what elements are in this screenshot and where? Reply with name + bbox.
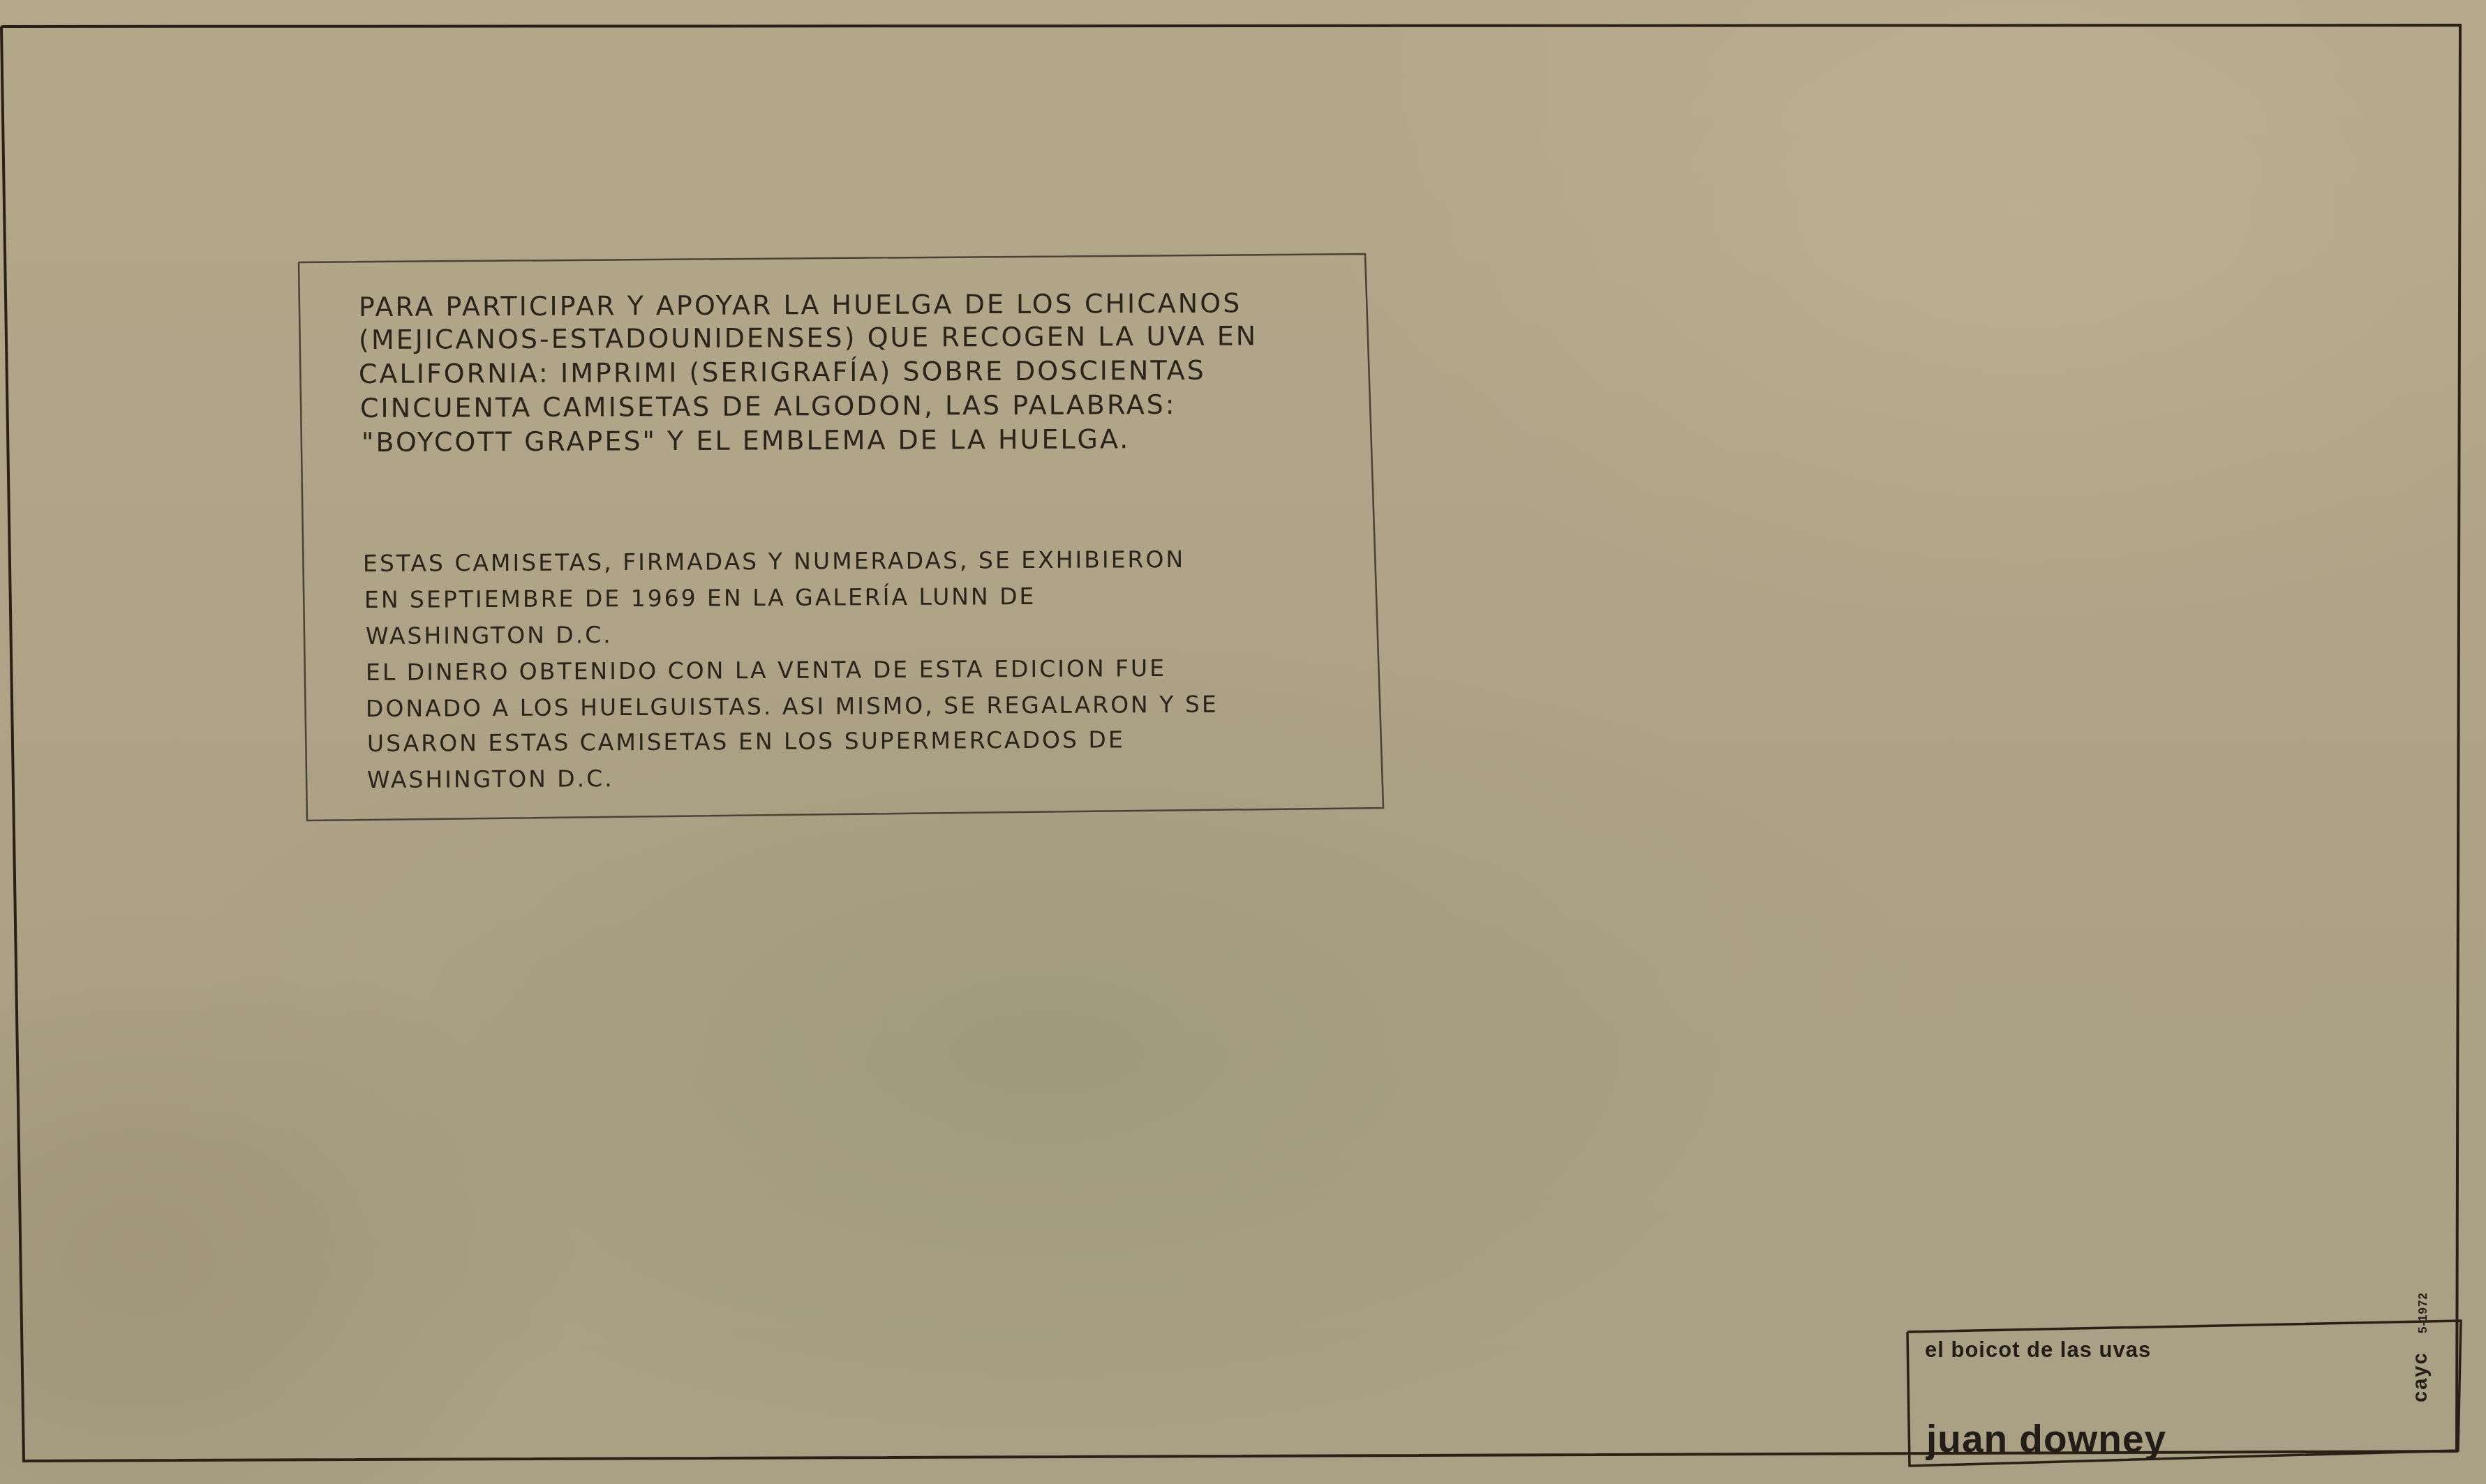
statement-line: Estas camisetas, firmadas y numeradas, s… xyxy=(363,546,1185,577)
statement-line: El dinero obtenido con la venta de esta … xyxy=(366,654,1166,686)
statement-line: usaron estas camisetas en los supermerca… xyxy=(367,726,1125,757)
work-title: el boicot de las uvas xyxy=(1925,1337,2151,1363)
statement-line: en Septiembre de 1969 en la Galería Lunn… xyxy=(364,583,1036,613)
statement-line: CINCUENTA CAMISETAS DE ALGODON, LAS PALA… xyxy=(360,389,1177,424)
publisher-name: cayc xyxy=(2409,1351,2432,1402)
publication-date: 5-1972 xyxy=(2416,1292,2429,1333)
statement-line: Para participar y apoyar la Huelga de lo… xyxy=(359,287,1242,322)
statement-line: donado a los huelguistas. Asi mismo, se … xyxy=(366,691,1219,722)
publisher-imprint: cayc 5-1972 xyxy=(2409,1292,2432,1402)
statement-line: (Mejicanos-Estadounidenses) que recogen … xyxy=(359,320,1258,355)
artist-name: juan downey xyxy=(1926,1416,2166,1461)
statement-line: California: IMPRIMI (serigrafía) SOBRE D… xyxy=(359,355,1206,389)
statement-line: Washington D.C. xyxy=(366,621,613,650)
statement-line: Washington D.C. xyxy=(367,765,614,793)
statement-line: "BOYCOTT GRAPES" Y EL EMBLEMA DE LA HUEL… xyxy=(362,424,1131,458)
